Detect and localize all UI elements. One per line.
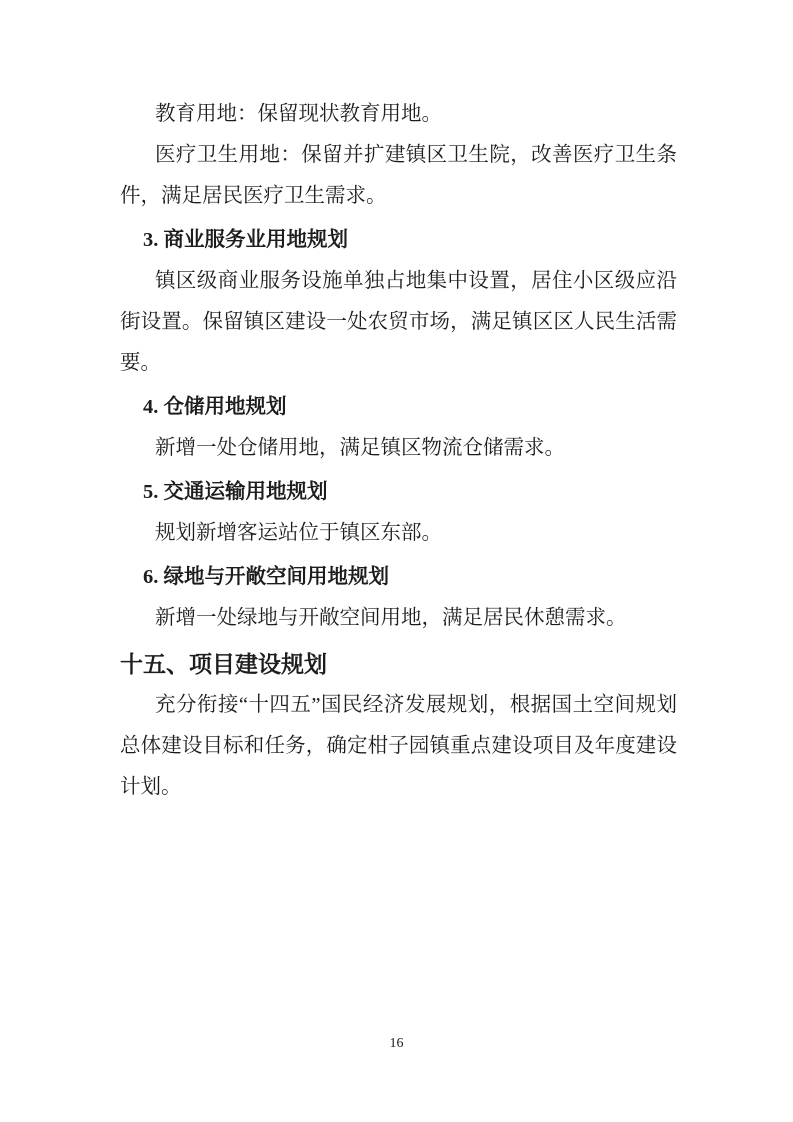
heading-transport-land: 5. 交通运输用地规划 [120, 472, 677, 513]
paragraph-warehouse-land: 新增一处仓储用地，满足镇区物流仓储需求。 [120, 428, 677, 469]
page-number: 16 [0, 1036, 793, 1052]
paragraph-project-plan: 充分衔接“十四五”国民经济发展规划，根据国土空间规划总体建设目标和任务，确定柑子… [120, 685, 677, 808]
paragraph-commercial-land: 镇区级商业服务设施单独占地集中设置，居住小区级应沿街设置。保留镇区建设一处农贸市… [120, 261, 677, 384]
chapter-heading-project-plan: 十五、项目建设规划 [120, 644, 677, 685]
heading-commercial-land: 3. 商业服务业用地规划 [120, 220, 677, 261]
paragraph-transport-land: 规划新增客运站位于镇区东部。 [120, 513, 677, 554]
paragraph-medical-land: 医疗卫生用地：保留并扩建镇区卫生院，改善医疗卫生条件，满足居民医疗卫生需求。 [120, 135, 677, 217]
document-page: 教育用地：保留现状教育用地。 医疗卫生用地：保留并扩建镇区卫生院，改善医疗卫生条… [0, 0, 793, 1122]
document-content: 教育用地：保留现状教育用地。 医疗卫生用地：保留并扩建镇区卫生院，改善医疗卫生条… [120, 94, 677, 808]
paragraph-green-space-land: 新增一处绿地与开敞空间用地，满足居民休憩需求。 [120, 598, 677, 639]
heading-green-space-land: 6. 绿地与开敞空间用地规划 [120, 557, 677, 598]
paragraph-education-land: 教育用地：保留现状教育用地。 [120, 94, 677, 135]
heading-warehouse-land: 4. 仓储用地规划 [120, 387, 677, 428]
